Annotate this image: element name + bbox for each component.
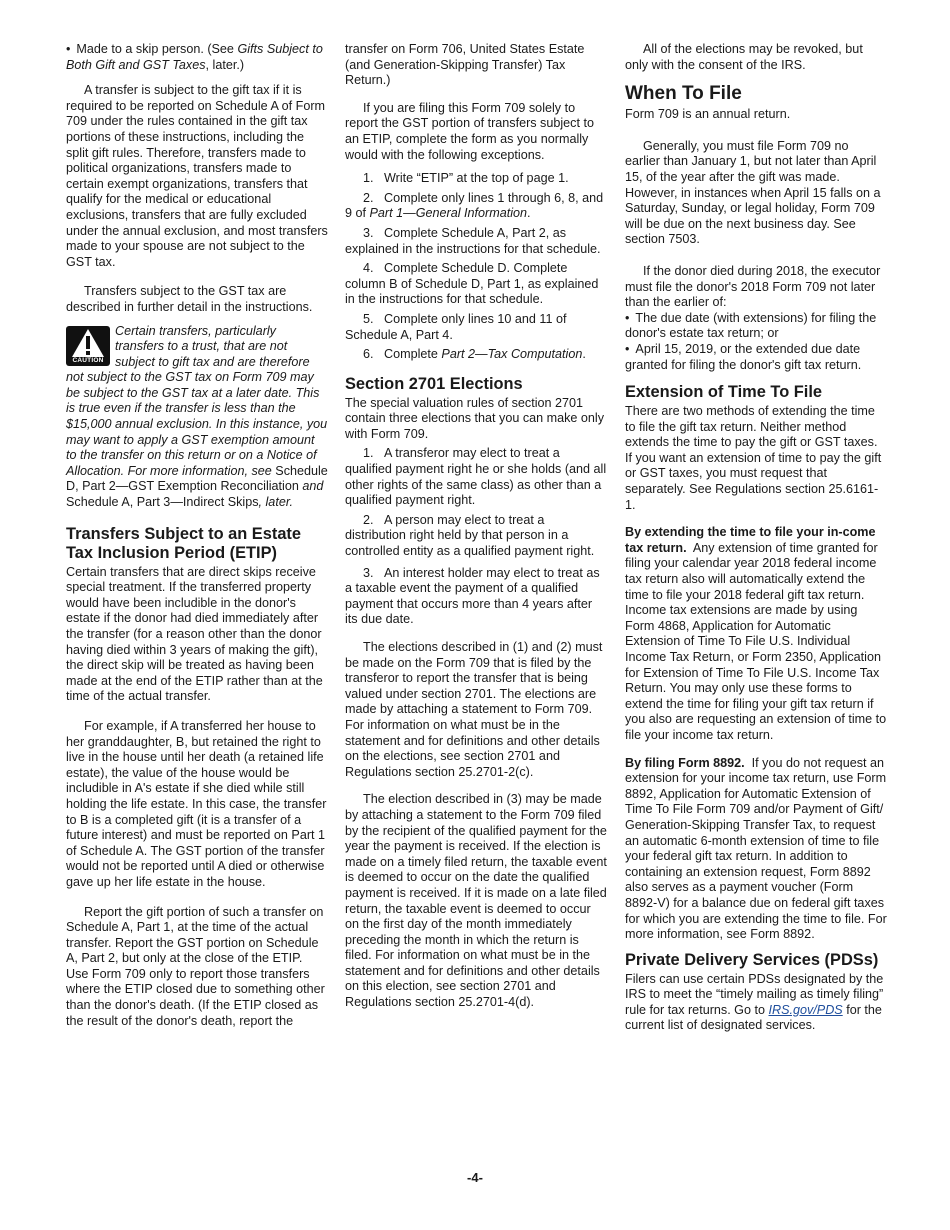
- paragraph-gift-tax: A transfer is subject to the gift tax if…: [66, 83, 328, 270]
- item-text: An interest holder may elect to treat as…: [345, 566, 600, 627]
- paragraph-elections-1-2: The elections described in (1) and (2) m…: [345, 640, 607, 780]
- paragraph-report: Report the gift portion of such a transf…: [66, 905, 328, 1030]
- list-item: 4. Complete Schedule D. Complete column …: [345, 261, 607, 308]
- item-text: Complete: [384, 347, 441, 361]
- paragraph-form-8892: By filing Form 8892. If you do not reque…: [625, 756, 887, 943]
- item-text: .: [527, 206, 531, 220]
- item-reference: Part 1—General Information: [370, 206, 528, 220]
- paragraph-pds: Filers can use certain PDSs designated b…: [625, 972, 887, 1034]
- paragraph-etip-intro: Certain transfers that are direct skips …: [66, 565, 328, 705]
- irs-pds-link[interactable]: IRS.gov/PDS: [769, 1003, 843, 1017]
- paragraph-donor-died: If the donor died during 2018, the execu…: [625, 264, 887, 311]
- list-item: 2. A person may elect to treat a distrib…: [345, 513, 607, 560]
- heading-when-to-file: When To File: [625, 83, 887, 105]
- caution-label: CAUTION: [66, 357, 110, 365]
- column-3: All of the elections may be revoked, but…: [625, 42, 887, 1042]
- heading-etip: Transfers Subject to an Estate Tax Inclu…: [66, 525, 328, 563]
- text: If you do not request an extension for y…: [625, 756, 887, 942]
- item-number: 2.: [363, 513, 374, 527]
- exceptions-list: 1. Write “ETIP” at the top of page 1. 2.…: [345, 171, 607, 363]
- heading-extension: Extension of Time To File: [625, 383, 887, 402]
- bullet-april-15: April 15, 2019, or the extended due date…: [625, 342, 887, 373]
- text: , later.): [206, 58, 245, 72]
- caution-and: and: [302, 479, 323, 493]
- paragraph-example: For example, if A transferred her house …: [66, 719, 328, 891]
- text: Made to a skip person. (See: [76, 42, 237, 56]
- item-text: Complete Schedule A, Part 2, as explaine…: [345, 226, 601, 256]
- page-number: -4-: [0, 1170, 950, 1186]
- paragraph-income-extension: By extending the time to file your in-co…: [625, 525, 887, 743]
- item-text: Complete Schedule D. Complete column B o…: [345, 261, 598, 306]
- paragraph-continued: transfer on Form 706, United States Esta…: [345, 42, 607, 89]
- caution-ref-2: Schedule A, Part 3—Indirect Skips: [66, 495, 259, 509]
- elections-list: 1. A transferor may elect to treat a qua…: [345, 446, 607, 628]
- item-number: 1.: [363, 446, 374, 460]
- list-item: 3. An interest holder may elect to treat…: [345, 566, 607, 628]
- item-number: 4.: [363, 261, 374, 275]
- paragraph-2701-intro: The special valuation rules of section 2…: [345, 396, 607, 443]
- caution-later: , later.: [259, 495, 294, 509]
- warning-triangle-icon: [71, 328, 105, 358]
- list-item: 3. Complete Schedule A, Part 2, as expla…: [345, 226, 607, 257]
- item-number: 6.: [363, 347, 374, 361]
- bullet-skip-person: Made to a skip person. (See Gifts Subjec…: [66, 42, 328, 73]
- item-text: .: [582, 347, 586, 361]
- list-item: 6. Complete Part 2—Tax Computation.: [345, 347, 607, 363]
- column-1: Made to a skip person. (See Gifts Subjec…: [66, 42, 328, 1037]
- item-text: A person may elect to treat a distributi…: [345, 513, 594, 558]
- item-text: Complete only lines 10 and 11 of Schedul…: [345, 312, 567, 342]
- item-text: A transferor may elect to treat a qualif…: [345, 446, 606, 507]
- column-2: transfer on Form 706, United States Esta…: [345, 42, 607, 1019]
- list-item: 1. Write “ETIP” at the top of page 1.: [345, 171, 607, 187]
- caution-icon: CAUTION: [66, 326, 110, 366]
- text: Any extension of time granted for filing…: [625, 541, 886, 742]
- paragraph-generally: Generally, you must file Form 709 no ear…: [625, 139, 887, 248]
- item-number: 3.: [363, 566, 374, 580]
- item-number: 5.: [363, 312, 374, 326]
- heading-pds: Private Delivery Services (PDSs): [625, 951, 887, 970]
- item-number: 2.: [363, 191, 374, 205]
- heading-section-2701: Section 2701 Elections: [345, 375, 607, 394]
- paragraph-filing-solely: If you are filing this Form 709 solely t…: [345, 101, 607, 163]
- list-item: 5. Complete only lines 10 and 11 of Sche…: [345, 312, 607, 343]
- item-number: 1.: [363, 171, 374, 185]
- paragraph-revoked: All of the elections may be revoked, but…: [625, 42, 887, 73]
- item-text: Write “ETIP” at the top of page 1.: [384, 171, 569, 185]
- paragraph-election-3: The election described in (3) may be mad…: [345, 792, 607, 1010]
- list-item: 2. Complete only lines 1 through 6, 8, a…: [345, 191, 607, 222]
- item-number: 3.: [363, 226, 374, 240]
- caution-note: CAUTION Certain transfers, particularly …: [66, 324, 328, 511]
- item-reference: Part 2—Tax Computation: [441, 347, 582, 361]
- run-in-heading: By filing Form 8892.: [625, 756, 745, 770]
- paragraph-annual-return: Form 709 is an annual return.: [625, 107, 887, 123]
- paragraph-extension-intro: There are two methods of extending the t…: [625, 404, 887, 513]
- list-item: 1. A transferor may elect to treat a qua…: [345, 446, 607, 508]
- bullet-estate-due-date: The due date (with extensions) for filin…: [625, 311, 887, 342]
- paragraph-gst-detail: Transfers subject to the GST tax are des…: [66, 284, 328, 315]
